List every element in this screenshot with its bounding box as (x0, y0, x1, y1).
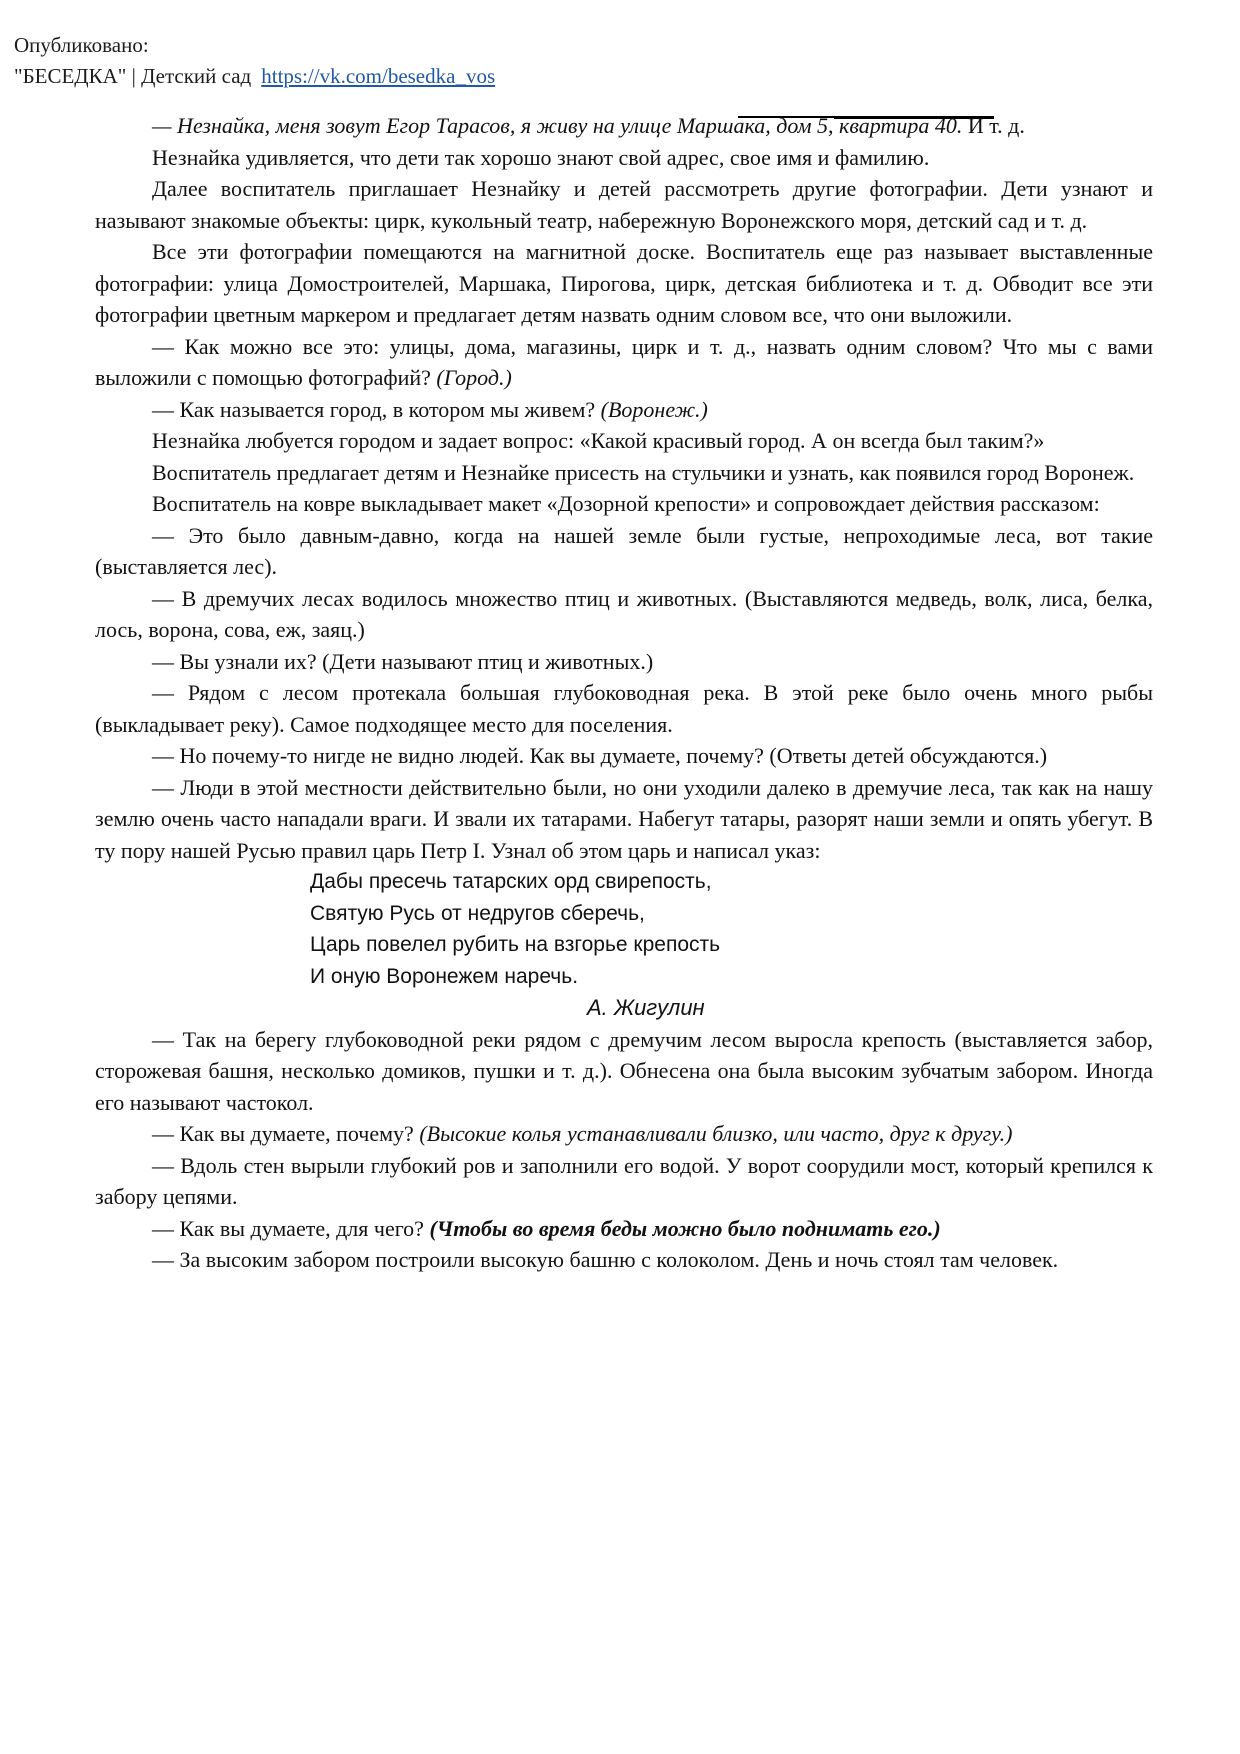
text-run: Воспитатель предлагает детям и Незнайке … (152, 460, 1134, 485)
source-line: "БЕСЕДКА" | Детский садhttps://vk.com/be… (14, 61, 495, 92)
text-run: Незнайка удивляется, что дети так хорошо… (152, 145, 929, 170)
text-run: (Чтобы во время беды можно было поднимат… (429, 1216, 940, 1241)
text-run: — За высоким забором построили высокую б… (152, 1247, 1058, 1272)
text-run: — Рядом с лесом протекала большая глубок… (95, 680, 1153, 737)
text-run: — Это было давным-давно, когда на нашей … (95, 523, 1153, 580)
text-run: (Высокие колья устанавливали близко, или… (419, 1121, 1012, 1146)
published-label: Опубликовано: (14, 30, 495, 61)
paragraph: Воспитатель предлагает детям и Незнайке … (95, 457, 1153, 489)
paragraph: — Как можно все это: улицы, дома, магази… (95, 331, 1153, 394)
text-run: — Так на берегу глубоководной реки рядом… (95, 1027, 1153, 1115)
paragraph: — Как называется город, в котором мы жив… (95, 394, 1153, 426)
publication-header: Опубликовано: "БЕСЕДКА" | Детский садhtt… (14, 30, 495, 92)
text-run: Далее воспитатель приглашает Незнайку и … (95, 176, 1153, 233)
text-run: — Как вы думаете, почему? (152, 1121, 419, 1146)
paragraph: — Как вы думаете, почему? (Высокие колья… (95, 1118, 1153, 1150)
vk-link[interactable]: https://vk.com/besedka_vos (261, 64, 495, 88)
text-run: Воспитатель на ковре выкладывает макет «… (152, 491, 1100, 516)
text-run: (Воронеж.) (601, 397, 708, 422)
paragraph: — В дремучих лесах водилось множество пт… (95, 583, 1153, 646)
text-run: — Но почему-то нигде не видно людей. Как… (152, 743, 1047, 768)
text-run: — В дремучих лесах водилось множество пт… (95, 586, 1153, 643)
text-run: — Как вы думаете, для чего? (152, 1216, 429, 1241)
paragraph: — Вы узнали их? (Дети называют птиц и жи… (95, 646, 1153, 678)
poem-line: Дабы пресечь татарских орд свирепость, (310, 866, 1153, 898)
paragraph: — Но почему-то нигде не видно людей. Как… (95, 740, 1153, 772)
text-run: (Город.) (436, 365, 511, 390)
document-body: — Незнайка, меня зовут Егор Тарасов, я ж… (95, 110, 1153, 1276)
text-run: — Как называется город, в котором мы жив… (152, 397, 601, 422)
poem-line: Святую Русь от недругов сберечь, (310, 898, 1153, 930)
poem: Дабы пресечь татарских орд свирепость,Св… (310, 866, 1153, 992)
text-run: — Незнайка, меня зовут Егор Тарасов, я ж… (152, 113, 962, 138)
text-run: И т. д. (962, 113, 1025, 138)
paragraph: Далее воспитатель приглашает Незнайку и … (95, 173, 1153, 236)
text-run: — Как можно все это: улицы, дома, магази… (95, 334, 1153, 391)
paragraph: Все эти фотографии помещаются на магнитн… (95, 236, 1153, 331)
poem-line: Царь повелел рубить на взгорье крепость (310, 929, 1153, 961)
paragraph: Незнайка удивляется, что дети так хорошо… (95, 142, 1153, 174)
text-run: Незнайка любуется городом и задает вопро… (152, 428, 1044, 453)
source-name: "БЕСЕДКА" | Детский сад (14, 64, 251, 88)
paragraph: — Рядом с лесом протекала большая глубок… (95, 677, 1153, 740)
text-run: — Вдоль стен вырыли глубокий ров и запол… (95, 1153, 1153, 1210)
poem-attribution: А. Жигулин (587, 992, 1153, 1024)
paragraph: — Вдоль стен вырыли глубокий ров и запол… (95, 1150, 1153, 1213)
paragraph: — Так на берегу глубоководной реки рядом… (95, 1024, 1153, 1119)
paragraph: Незнайка любуется городом и задает вопро… (95, 425, 1153, 457)
text-run: — Вы узнали их? (Дети называют птиц и жи… (152, 649, 653, 674)
scanned-document-page: Опубликовано: "БЕСЕДКА" | Детский садhtt… (0, 0, 1240, 1754)
paragraph: — Как вы думаете, для чего? (Чтобы во вр… (95, 1213, 1153, 1245)
paragraph: — За высоким забором построили высокую б… (95, 1244, 1153, 1276)
paragraph: — Люди в этой местности действительно бы… (95, 772, 1153, 867)
paragraph: — Незнайка, меня зовут Егор Тарасов, я ж… (95, 110, 1153, 142)
paragraph: Воспитатель на ковре выкладывает макет «… (95, 488, 1153, 520)
poem-line: И оную Воронежем наречь. (310, 961, 1153, 993)
paragraph: — Это было давным-давно, когда на нашей … (95, 520, 1153, 583)
text-run: — Люди в этой местности действительно бы… (95, 775, 1153, 863)
text-run: Все эти фотографии помещаются на магнитн… (95, 239, 1153, 327)
